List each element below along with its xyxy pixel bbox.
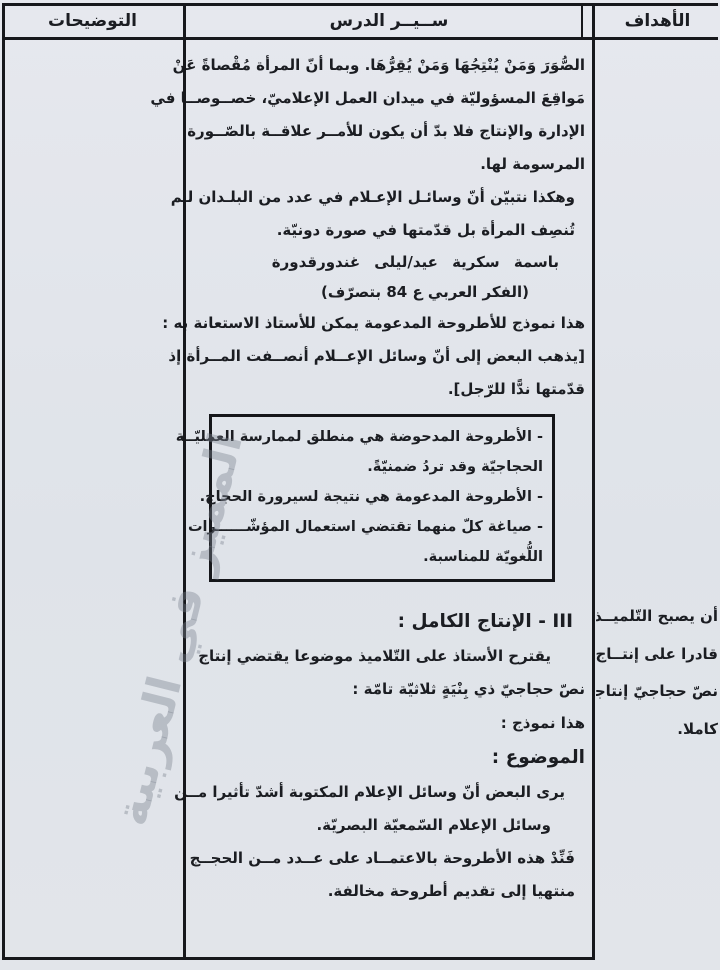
objective-line: كاملا. bbox=[596, 711, 718, 749]
box-rule-line: الحجاجيّة وقد تردُ ضمنيّةً. bbox=[218, 452, 543, 482]
framed-rules-box: - الأطروحة المدحوضة هي منطلق لممارسة الع… bbox=[209, 414, 555, 582]
objective-line: نصّ حجاجيّ إنتاجا bbox=[596, 673, 718, 711]
lesson-paragraph-line: وهكذا نتبيّن أنّ وسائـل الإعـلام في عدد … bbox=[193, 181, 585, 214]
scanned-lesson-plan-page: التوضيحات ســيــر الدرس الأهداف الصُّوَر… bbox=[0, 0, 720, 970]
table-bottom-border bbox=[2, 957, 595, 960]
model-note-line: [يذهب البعض إلى أنّ وسائل الإعــلام أنصـ… bbox=[193, 340, 585, 373]
objective-line: قادرا على إنتــاج bbox=[596, 636, 718, 674]
lesson-paragraph-line: وسائل الإعلام السّمعيّة البصريّة. bbox=[193, 809, 585, 842]
attribution-authors: باسمة سكرية عيد/ليلى غندورقدورة bbox=[193, 247, 585, 277]
column-separator-objectives bbox=[592, 3, 595, 960]
lesson-paragraph-line: تُنصِف المرأة بل قدّمتها في صورة دونيّة. bbox=[193, 214, 585, 247]
header-explanations: التوضيحات bbox=[2, 5, 183, 36]
lesson-paragraph-line: نصّ حجاجيّ ذي بِنْيَةٍ ثلاثيّة تامّة : bbox=[193, 673, 585, 706]
lesson-paragraph-line: الصُّوَرَ وَمَنْ يُنْتِجُهَا وَمَنْ يُقِ… bbox=[193, 49, 585, 82]
model-note-line: قدّمتها ندًّا للرّجل]. bbox=[193, 373, 585, 406]
lesson-paragraph-line: الإدارة والإنتاج فلا بدّ أن يكون للأمــر… bbox=[193, 115, 585, 148]
section-3-heading: III - الإنتاج الكامل : bbox=[193, 604, 585, 640]
box-rule-line: - الأطروحة المدحوضة هي منطلق لممارسة الع… bbox=[218, 422, 543, 452]
table-left-border bbox=[2, 3, 5, 960]
model-note-line: هذا نموذج للأطروحة المدعومة يمكن للأستاذ… bbox=[193, 307, 585, 340]
header-lesson-flow: ســيــر الدرس bbox=[186, 5, 592, 36]
lesson-paragraph-line: مَواقِعَ المسؤوليّة في ميدان العمل الإعل… bbox=[193, 82, 585, 115]
lesson-paragraph-line: فَنِّدْ هذه الأطروحة بالاعتمــاد على عــ… bbox=[193, 842, 585, 875]
box-rule-line: - صياغة كلّ منهما تقتضي استعمال المؤشّــ… bbox=[218, 512, 543, 542]
objectives-column: أن يصبح التّلميــذ قادرا على إنتــاج نصّ… bbox=[596, 598, 720, 748]
lesson-paragraph-line: منتهيا إلى تقديم أطروحة مخالفة. bbox=[193, 875, 585, 908]
lesson-flow-column: الصُّوَرَ وَمَنْ يُنْتِجُهَا وَمَنْ يُقِ… bbox=[187, 40, 592, 908]
attribution-source: (الفكر العربي ع 84 بتصرّف) bbox=[193, 277, 585, 307]
header-row-underline bbox=[2, 37, 718, 40]
lesson-paragraph-line: المرسومة لها. bbox=[193, 148, 585, 181]
objective-line: أن يصبح التّلميــذ bbox=[596, 598, 718, 636]
header-objectives: الأهداف bbox=[595, 5, 720, 36]
box-rule-line: - الأطروحة المدعومة هي نتيجة لسيرورة الح… bbox=[218, 482, 543, 512]
model-intro-line: هذا نموذج : bbox=[193, 706, 585, 740]
column-separator-explanations bbox=[183, 3, 186, 960]
header-double-line bbox=[581, 3, 583, 39]
lesson-paragraph-line: يرى البعض أنّ وسائل الإعلام المكتوبة أشد… bbox=[193, 776, 585, 809]
lesson-paragraph-line: يقترح الأستاذ على التّلاميذ موضوعا يقتضي… bbox=[193, 640, 585, 673]
topic-label: الموضوع : bbox=[193, 740, 585, 776]
table-top-border bbox=[2, 3, 718, 6]
box-rule-line: اللُّغويّة للمناسبة. bbox=[218, 542, 543, 572]
